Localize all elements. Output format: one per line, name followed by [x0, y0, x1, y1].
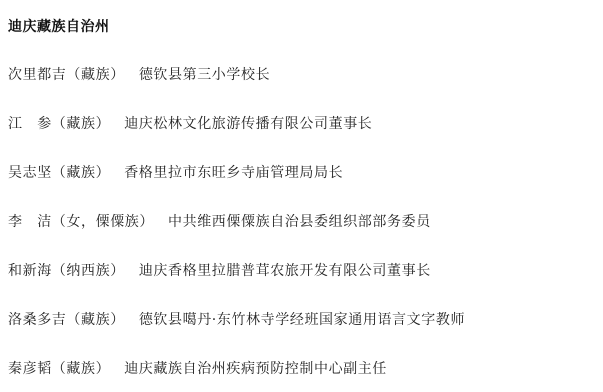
- list-item: 和新海（纳西族）迪庆香格里拉腊普茸农旅开发有限公司董事长: [8, 262, 431, 280]
- section-heading: 迪庆藏族自治州: [8, 16, 110, 36]
- person-title: 迪庆藏族自治州疾病预防控制中心副主任: [124, 361, 387, 377]
- person-name: 吴志坚（藏族）: [8, 165, 110, 181]
- list-item: 秦彦韬（藏族）迪庆藏族自治州疾病预防控制中心副主任: [8, 360, 387, 378]
- list-item: 李 洁（女，傈僳族）中共维西傈僳族自治县委组织部部务委员: [8, 213, 431, 231]
- person-name: 洛桑多吉（藏族）: [8, 312, 125, 328]
- person-name: 江 参（藏族）: [8, 116, 110, 132]
- list-item: 江 参（藏族）迪庆松林文化旅游传播有限公司董事长: [8, 115, 372, 133]
- person-title: 迪庆香格里拉腊普茸农旅开发有限公司董事长: [139, 263, 431, 279]
- list-item: 洛桑多吉（藏族）德钦县噶丹·东竹林寺学经班国家通用语言文字教师: [8, 311, 465, 329]
- person-title: 德钦县噶丹·东竹林寺学经班国家通用语言文字教师: [139, 312, 465, 328]
- person-name: 和新海（纳西族）: [8, 263, 125, 279]
- person-title: 中共维西傈僳族自治县委组织部部务委员: [168, 214, 431, 230]
- person-name: 李 洁（女，傈僳族）: [8, 214, 154, 230]
- person-name: 秦彦韬（藏族）: [8, 361, 110, 377]
- list-item: 吴志坚（藏族）香格里拉市东旺乡寺庙管理局局长: [8, 164, 343, 182]
- person-title: 迪庆松林文化旅游传播有限公司董事长: [124, 116, 372, 132]
- list-item: 次里都吉（藏族）德钦县第三小学校长: [8, 66, 270, 84]
- person-title: 德钦县第三小学校长: [139, 67, 270, 83]
- person-title: 香格里拉市东旺乡寺庙管理局局长: [124, 165, 343, 181]
- person-name: 次里都吉（藏族）: [8, 67, 125, 83]
